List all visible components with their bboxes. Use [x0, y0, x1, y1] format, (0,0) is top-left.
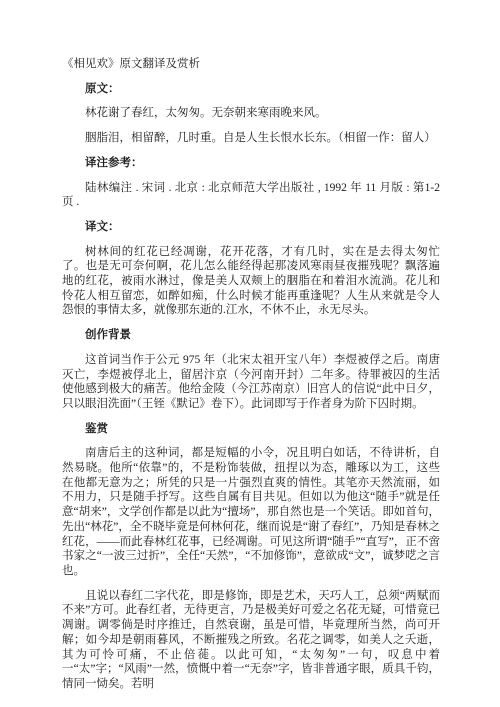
doc-paragraph: 树林间的红花已经凋谢，花开花落，才有几时，实在是去得太匆忙了。也是无可奈何啊，花… — [62, 245, 440, 319]
document-body: 原文：林花谢了春红，太匆匆。无奈朝来寒雨晚来风。胭脂泪，相留醉，几时重。自是人生… — [62, 82, 440, 692]
page-title: 《相见欢》原文翻译及赏析 — [62, 57, 440, 72]
doc-heading: 原文： — [62, 82, 440, 97]
doc-heading: 鉴赏 — [62, 422, 440, 437]
doc-paragraph: 陆林编注 . 宋词 . 北京 : 北京师范大学出版社 , 1992 年 11 月… — [62, 181, 440, 210]
doc-heading: 创作背景 — [62, 328, 440, 343]
doc-paragraph: 胭脂泪，相留醉，几时重。自是人生长恨水长东。（相留一作：留人） — [62, 131, 440, 146]
doc-paragraph: 林花谢了春红，太匆匆。无奈朝来寒雨晚来风。 — [62, 106, 440, 121]
doc-heading: 译文： — [62, 220, 440, 235]
doc-paragraph: 南唐后主的这种词，都是短幅的小令，况且明白如话，不待讲析，自然易晓。他所“依靠”… — [62, 446, 440, 578]
doc-paragraph: 这首词当作于公元 975 年（北宋太祖开宝八年）李煜被俘之后。南唐灭亡，李煜被俘… — [62, 353, 440, 412]
document-page: 《相见欢》原文翻译及赏析 原文：林花谢了春红，太匆匆。无奈朝来寒雨晚来风。胭脂泪… — [0, 0, 500, 707]
doc-heading: 译注参考： — [62, 156, 440, 171]
doc-paragraph: 且说以春红二字代花，即是修饰，即是艺术，天巧人工，总须“两赋而不来”方可。此春红… — [62, 589, 440, 692]
